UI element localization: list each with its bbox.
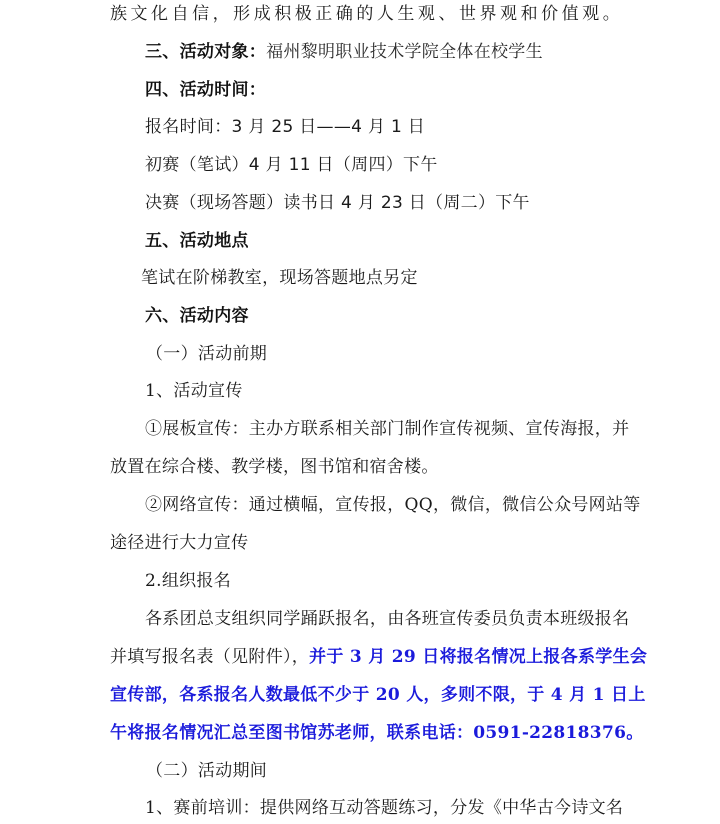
final-round-time: 决赛（现场答题）读书日 4 月 23 日（周二）下午 xyxy=(145,189,620,217)
section-6-heading: 六、活动内容 xyxy=(145,302,620,330)
document-page: 族文化自信，形成积极正确的人生观、世界观和价值观。 三、活动对象：福州黎明职业技… xyxy=(0,0,720,824)
section-4-heading: 四、活动时间： xyxy=(145,76,620,104)
promotion-online-line-2: 途径进行大力宣传 xyxy=(110,529,620,557)
item-1-promotion: 1、活动宣传 xyxy=(145,377,620,405)
promotion-online-line-1: ②网络宣传：通过横幅，宣传报，QQ，微信，微信公众号网站等 xyxy=(145,491,620,519)
pre-contest-training: 1、赛前培训：提供网络互动答题练习，分发《中华古今诗文名 xyxy=(145,794,620,822)
preliminary-round-time: 初赛（笔试）4 月 11 日（周四）下午 xyxy=(145,151,620,179)
promotion-board-line-2: 放置在综合楼、教学楼，图书馆和宿舍楼。 xyxy=(110,453,620,481)
registration-line-2: 并填写报名表（见附件），并于 3 月 29 日将报名情况上报各系学生会 xyxy=(110,643,620,671)
registration-deadline-highlight: 并于 3 月 29 日将报名情况上报各系学生会 xyxy=(309,647,647,667)
registration-line-2-plain: 并填写报名表（见附件）， xyxy=(110,647,309,667)
registration-line-1: 各系团总支组织同学踊跃报名，由各班宣传委员负责本班级报名 xyxy=(145,605,620,633)
registration-requirement-highlight: 宣传部，各系报名人数最低不少于 20 人，多则不限，于 4 月 1 日上 xyxy=(110,681,620,709)
section-5-body: 笔试在阶梯教室，现场答题地点另定 xyxy=(141,264,621,292)
subsection-1-heading: （一）活动前期 xyxy=(146,340,656,368)
section-3-body: 福州黎明职业技术学院全体在校学生 xyxy=(266,42,543,62)
item-2-registration: 2.组织报名 xyxy=(145,567,620,595)
section-3-target-audience: 三、活动对象：福州黎明职业技术学院全体在校学生 xyxy=(145,38,620,66)
registration-time: 报名时间：3 月 25 日——4 月 1 日 xyxy=(145,113,620,141)
section-5-heading: 五、活动地点 xyxy=(145,227,620,255)
promotion-board-line-1: ①展板宣传：主办方联系相关部门制作宣传视频、宣传海报，并 xyxy=(145,415,620,443)
section-3-heading: 三、活动对象： xyxy=(145,42,266,62)
subsection-2-heading: （二）活动期间 xyxy=(146,757,656,785)
paragraph-continuation: 族文化自信，形成积极正确的人生观、世界观和价值观。 xyxy=(110,0,620,28)
registration-contact-highlight: 午将报名情况汇总至图书馆苏老师，联系电话：0591-22818376。 xyxy=(110,719,620,747)
